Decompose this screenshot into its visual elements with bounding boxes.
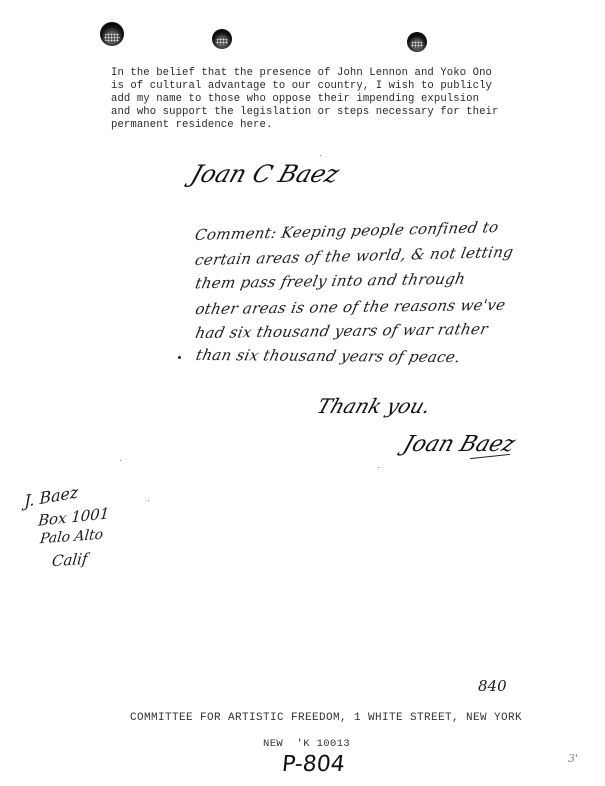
margin-note-line: Box 1001 bbox=[38, 504, 110, 530]
typed-line: add my name to those who oppose their im… bbox=[111, 93, 479, 106]
stamp-number: P-804 bbox=[281, 752, 346, 777]
bullet-mark bbox=[178, 356, 181, 359]
scan-speck bbox=[148, 500, 149, 501]
typed-line: and who support the legislation or steps… bbox=[111, 106, 498, 119]
comment-line: other areas is one of the reasons we've bbox=[194, 296, 507, 318]
closing-thank-you: Thank you. bbox=[314, 394, 434, 418]
corner-mark: 3' bbox=[568, 752, 578, 765]
margin-note-line: Palo Alto bbox=[39, 527, 104, 548]
document-page: In the belief that the presence of John … bbox=[0, 0, 605, 786]
signature-top: Joan C Baez bbox=[187, 160, 342, 188]
comment-line: had six thousand years of war rather bbox=[194, 320, 490, 342]
comment-line: Comment: Keeping people confined to bbox=[194, 218, 501, 244]
comment-line: than six thousand years of peace. bbox=[194, 346, 462, 366]
comment-line: certain areas of the world, & not lettin… bbox=[193, 243, 514, 269]
punch-hole-center bbox=[212, 29, 232, 49]
signature-bottom: Joan Baez bbox=[400, 432, 518, 457]
scan-speck bbox=[378, 467, 379, 468]
punch-hole-right bbox=[407, 32, 427, 52]
punch-hole-left bbox=[100, 22, 124, 46]
typed-line: is of cultural advantage to our country,… bbox=[111, 80, 492, 93]
scan-speck bbox=[320, 155, 321, 156]
comment-line: them pass freely into and through bbox=[194, 270, 467, 293]
footer-address-line2: NEW 'K 10013 bbox=[263, 738, 350, 750]
scan-speck bbox=[120, 460, 121, 461]
margin-note-line: Calif bbox=[51, 550, 88, 571]
margin-note-line: J. Baez bbox=[24, 482, 78, 511]
page-mark: 840 bbox=[478, 677, 507, 695]
typed-line: In the belief that the presence of John … bbox=[111, 67, 492, 80]
footer-address-line1: COMMITTEE FOR ARTISTIC FREEDOM, 1 WHITE … bbox=[130, 712, 522, 724]
typed-line: permanent residence here. bbox=[111, 119, 272, 132]
